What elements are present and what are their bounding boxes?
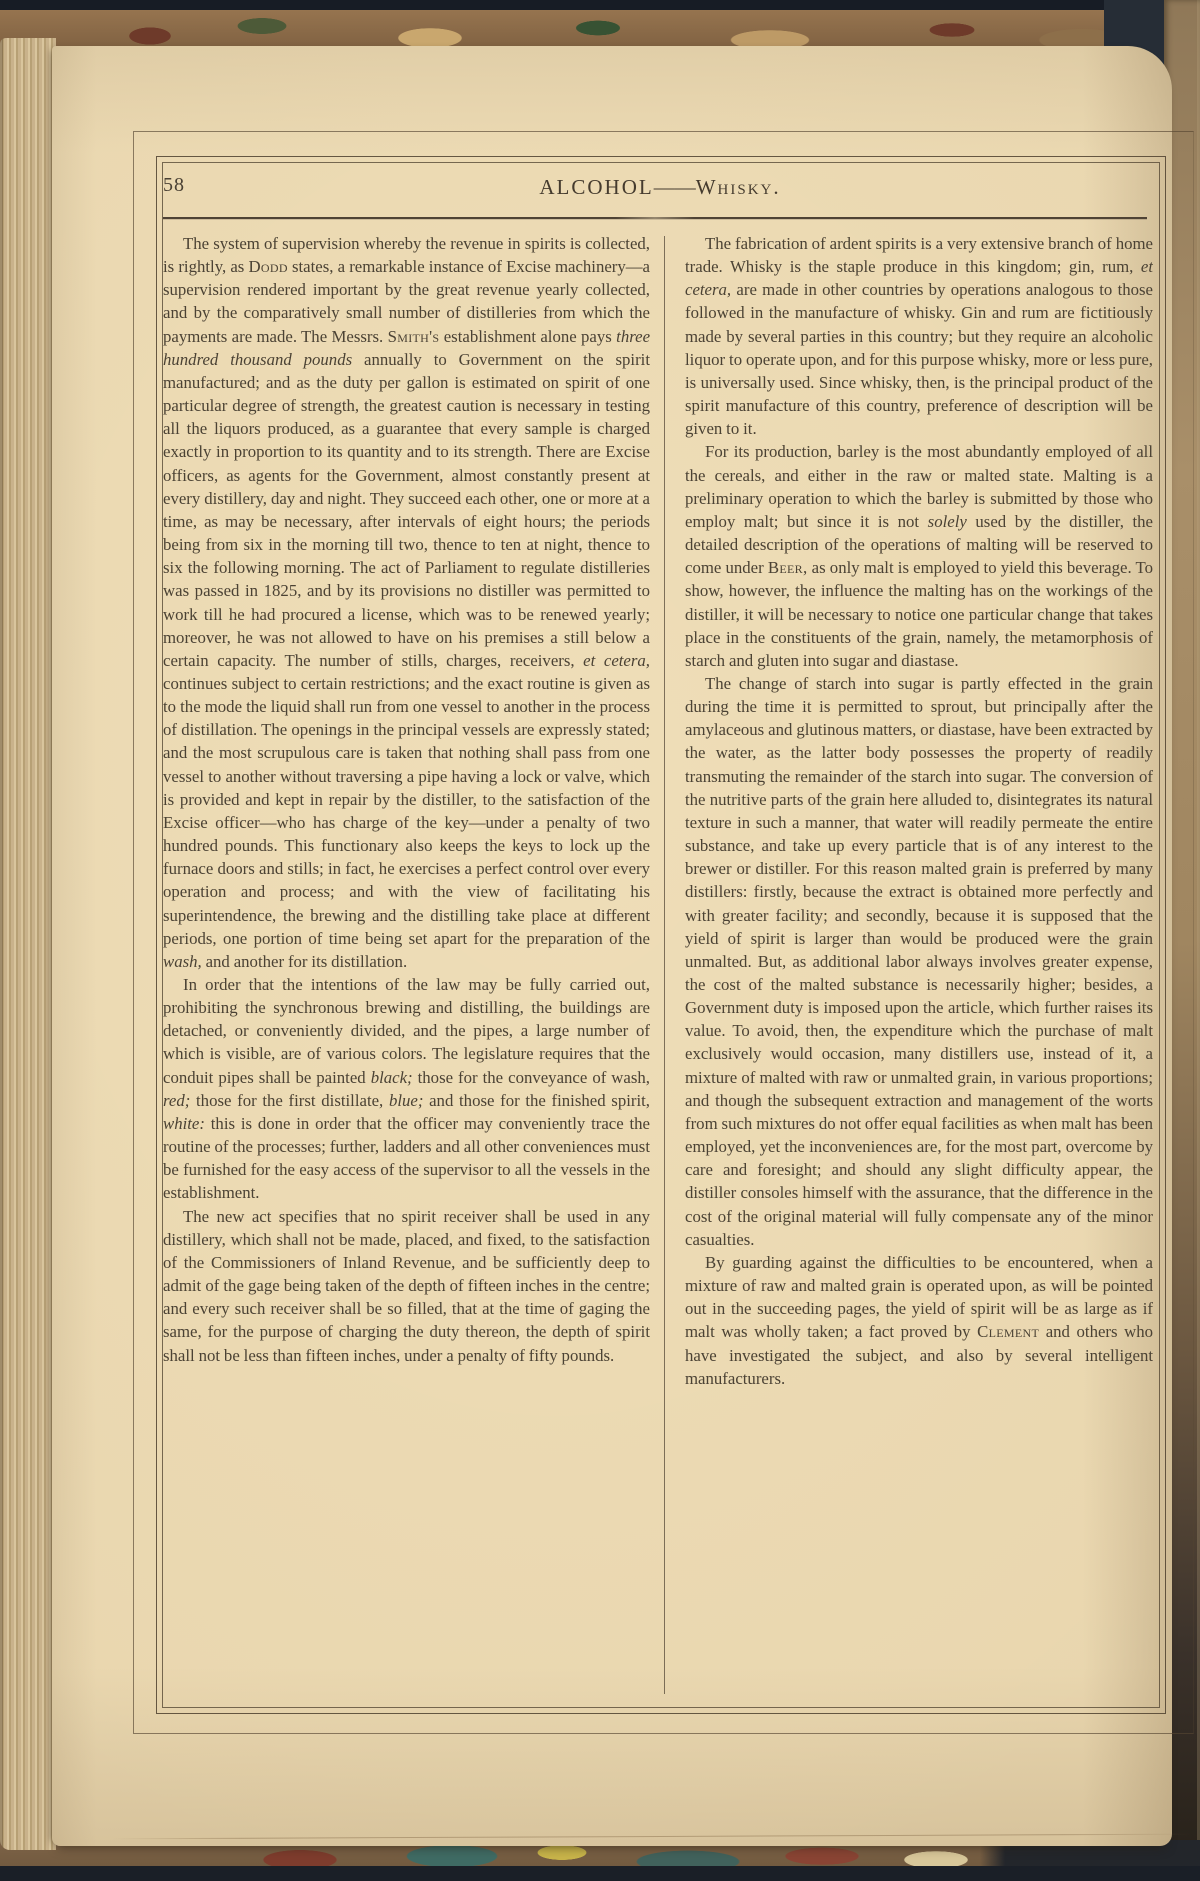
column-divider-rule xyxy=(664,236,665,1694)
text-column-right: The fabrication of ardent spirits is a v… xyxy=(685,232,1153,1716)
running-head: ALCOHOL——Whisky. xyxy=(156,175,1164,200)
book-page: 58 ALCOHOL——Whisky. The system of superv… xyxy=(52,46,1172,1846)
paragraph: By guarding against the difficulties to … xyxy=(685,1251,1153,1390)
header-rule xyxy=(163,217,1147,219)
page-stack-edge xyxy=(0,38,56,1850)
running-head-left: ALCOHOL xyxy=(539,175,653,199)
paragraph: The system of supervision whereby the re… xyxy=(163,232,650,973)
paragraph: For its production, barley is the most a… xyxy=(685,440,1153,672)
paragraph: The change of starch into sugar is partl… xyxy=(685,672,1153,1251)
paragraph: The new act specifies that no spirit rec… xyxy=(163,1205,650,1367)
running-head-right: Whisky. xyxy=(696,175,781,199)
book-scan-screenshot: { "page_number": "58", "running_head": {… xyxy=(0,0,1200,1881)
text-column-left: The system of supervision whereby the re… xyxy=(163,232,650,1716)
book-cover-bottom-edge xyxy=(0,1866,1200,1881)
page-bottom-curl xyxy=(112,1834,1192,1840)
paragraph: The fabrication of ardent spirits is a v… xyxy=(685,232,1153,440)
running-head-separator: —— xyxy=(654,175,696,199)
paragraph: In order that the intentions of the law … xyxy=(163,973,650,1205)
